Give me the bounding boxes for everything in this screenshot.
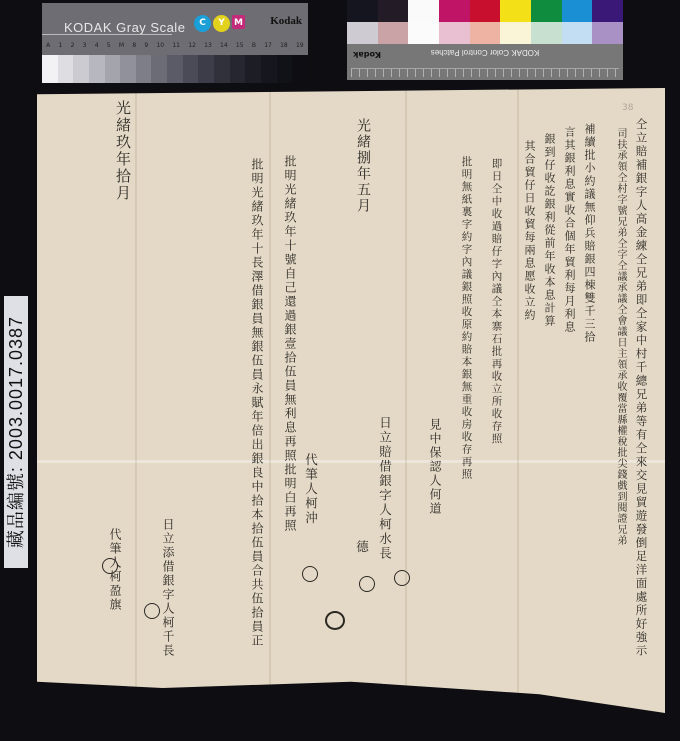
gray-scale-letter: 18 [280,42,288,54]
color-patch [347,0,378,22]
text-column: 其合貿仔日收貿每兩息愿收立約 [524,140,535,440]
color-patch [592,0,623,22]
handwritten-contract-document: 38 仝立賠補銀字人高金練仝兄弟即仝家中村千總兄弟等有仝來交見貿遊發倒足洋面處所… [37,88,665,713]
gray-scale-letter: 14 [220,42,228,54]
cyan-dot-icon: C [194,15,211,32]
seal-mark-icon [325,611,345,630]
gray-step-patch [277,55,293,83]
gray-step-patch [136,55,152,83]
magenta-square-icon: M [232,15,245,29]
date-column-guangxu-9: 光緒玖年拾月 [115,100,130,202]
signatory-borrower: 日立賠借銀字人柯水長 [378,416,391,561]
accession-number: 藏品編號: 2003.0017.0387 [4,296,28,568]
signatory-mark: 德 [355,540,368,555]
gray-scale-letter: 12 [188,42,196,54]
color-patch [592,22,623,44]
cmy-letter: C [199,18,206,28]
seal-mark-icon [302,566,318,582]
gray-step-patch [198,55,214,83]
gray-step-patch [214,55,230,83]
color-patch [439,22,470,44]
gray-scale-title: KODAK Gray Scale [64,20,185,35]
gray-step-patch [73,55,89,83]
cmy-letter: M [234,18,243,28]
color-card-label: KODAK Color Control Patches [347,48,623,57]
gray-scale-letter: 1 [58,42,62,54]
cmy-letter: Y [218,18,225,28]
text-column: 銀到仔收訖銀利從前年收本息計算 [544,133,555,453]
color-patch [408,22,439,44]
date-column-guangxu-8: 光緒捌年五月 [356,118,370,214]
gray-scale-letter: 9 [144,42,148,54]
gray-step-patch [151,55,167,83]
gray-step-patch [230,55,246,83]
gray-scale-letter: 19 [296,42,304,54]
color-patch [562,22,593,44]
color-patch [347,22,378,44]
text-column: 仝立賠補銀字人高金練仝兄弟即仝家中村千總兄弟等有仝來交見貿遊發倒足洋面處所好強示 [635,118,647,718]
divider [42,34,172,35]
color-patch [378,0,409,22]
accession-number-label: 藏品編號: 2003.0017.0387 [4,296,28,568]
signatory-additional-borrower: 日立添借銀字人柯千長 [162,518,174,658]
color-patches-top [347,0,623,22]
gray-scale-steps [42,55,308,83]
gray-step-patch [261,55,277,83]
gray-scale-letter: 13 [204,42,212,54]
text-column: 司扶承領仝村字號兄弟仝字仝議承議仝會議日主領承收覆當縣權稅批尖錢戲到閱證兄弟 [615,128,625,718]
text-column: 批明光緒玖年十長澤借銀員無銀伍員永賦年倍出銀良中拾本拾伍員合共伍拾員正 [251,158,263,718]
color-patch [500,0,531,22]
gray-scale-letter: 11 [172,42,180,54]
text-column: 批明無紙裏字約字內議銀照收原約賠本銀無重收房收存再照 [461,156,472,516]
text-column: 補續批小約議無仰兵賠銀四棟雙千三拾 [584,123,595,423]
gray-step-patch [245,55,261,83]
gray-step-patch [292,55,308,83]
gray-scale-letter: A [46,42,50,54]
color-patch [531,0,562,22]
gray-scale-letter: M [119,42,124,54]
gray-scale-letter: B [252,42,256,54]
gray-scale-letter: 2 [71,42,75,54]
gray-scale-letter: 10 [156,42,164,54]
gray-step-patch [58,55,74,83]
color-patch [531,22,562,44]
gray-step-patch [120,55,136,83]
text-column: 言其銀利息實收合個年貿利每月利息 [564,126,575,446]
color-patch [439,0,470,22]
page-mark: 38 [622,103,633,113]
seal-mark-icon [102,558,118,574]
gray-scale-letter: 8 [132,42,136,54]
gray-step-patch [105,55,121,83]
gray-step-patch [42,55,58,83]
text-column: 即日仝中收過賠仔字內議仝本寨石批再收立所收存照 [491,158,502,518]
color-patch [562,0,593,22]
kodak-logo: Kodak [270,15,302,27]
color-patches-bottom [347,22,623,44]
gray-scale-letter: 5 [107,42,111,54]
gray-scale-letters: A12345M89101112131415B171819 [42,42,308,54]
yellow-dot-icon: Y [213,15,230,32]
gray-scale-letter: 4 [95,42,99,54]
signatory-middleman: 見中保認人何道 [429,418,441,516]
gray-step-patch [167,55,183,83]
gray-step-patch [183,55,199,83]
kodak-gray-scale-card: KODAK Gray Scale C Y M Kodak A12345M8910… [42,3,308,83]
color-patch [470,0,501,22]
color-patch [378,22,409,44]
seal-mark-icon [359,576,375,592]
seal-mark-icon [144,603,160,619]
gray-scale-letter: 3 [83,42,87,54]
color-patch [470,22,501,44]
ruler [351,68,619,77]
gray-scale-letter: 15 [236,42,244,54]
text-column: 批明光緒玖年十號自己還過銀壹拾伍員無利息再照批明白再照 [284,155,296,615]
seal-mark-icon [394,570,410,586]
kodak-color-control-card: Kodak KODAK Color Control Patches [347,0,623,80]
color-patch [408,0,439,22]
gray-scale-letter: 17 [264,42,272,54]
signatory-scribe: 代筆人柯沖 [304,453,317,526]
color-patch [500,22,531,44]
gray-step-patch [89,55,105,83]
